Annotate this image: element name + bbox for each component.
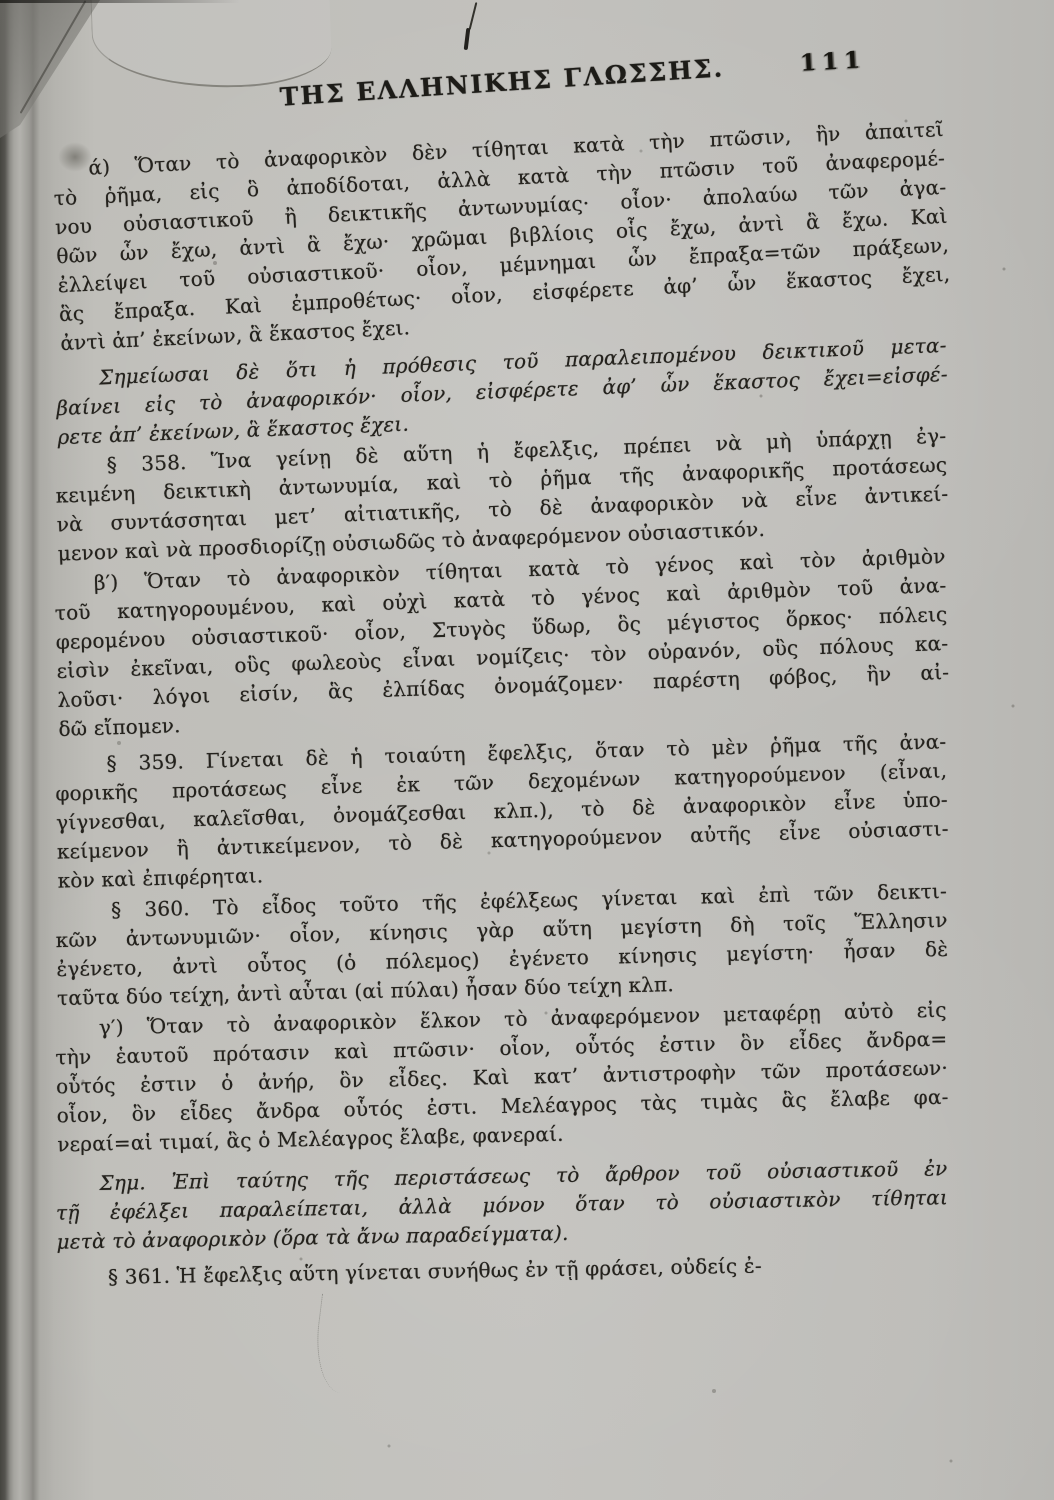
- paper-crease: [310, 1294, 364, 1395]
- text-line: § 361. Ἡ ἔφελξις αὕτη γίνεται συνήθως ἐν…: [56, 1248, 948, 1293]
- paragraph-section-360: § 360. Τὸ εἶδος τοῦτο τῆς ἐφέλξεως γίνετ…: [55, 877, 949, 1013]
- book-gutter-shadow: [0, 0, 54, 1500]
- paragraph-item-alpha: ά) Ὅταν τὸ ἀναφορικὸν δὲν τίθηται κατὰ τ…: [52, 115, 952, 358]
- paragraph-section-359: § 359. Γίνεται δὲ ἡ τοιαύτη ἔφελξις, ὅτα…: [54, 727, 949, 895]
- scan-top-edge: [0, 0, 240, 3]
- paragraph-item-beta: β′) Ὅταν τὸ ἀναφορικὸν τίθηται κατὰ τὸ γ…: [53, 542, 950, 744]
- ink-hair-mark: [469, 2, 478, 30]
- page-number: 111: [799, 46, 866, 76]
- paper-stain-outline: [90, 0, 332, 92]
- ink-hair-mark: [464, 28, 471, 50]
- paper-specks: [0, 0, 2, 2]
- running-header-title: ΤΗΣ ΕΛΛΗΝΙΚΗΣ ΓΛΩΣΣΗΣ.: [252, 51, 753, 113]
- paragraph-item-gamma: γ′) Ὅταν τὸ ἀναφορικὸν ἕλκον τὸ ἀναφερόμ…: [55, 996, 950, 1160]
- paragraph-note-sem: Σημ. Ἐπὶ ταύτης τῆς περιστάσεως τὸ ἄρθρο…: [55, 1154, 948, 1257]
- book-page-scan: ΤΗΣ ΕΛΛΗΝΙΚΗΣ ΓΛΩΣΣΗΣ. 111 ά) Ὅταν τὸ ἀν…: [0, 0, 1054, 1500]
- paragraph-section-361: § 361. Ἡ ἔφελξις αὕτη γίνεται συνήθως ἐν…: [56, 1248, 948, 1293]
